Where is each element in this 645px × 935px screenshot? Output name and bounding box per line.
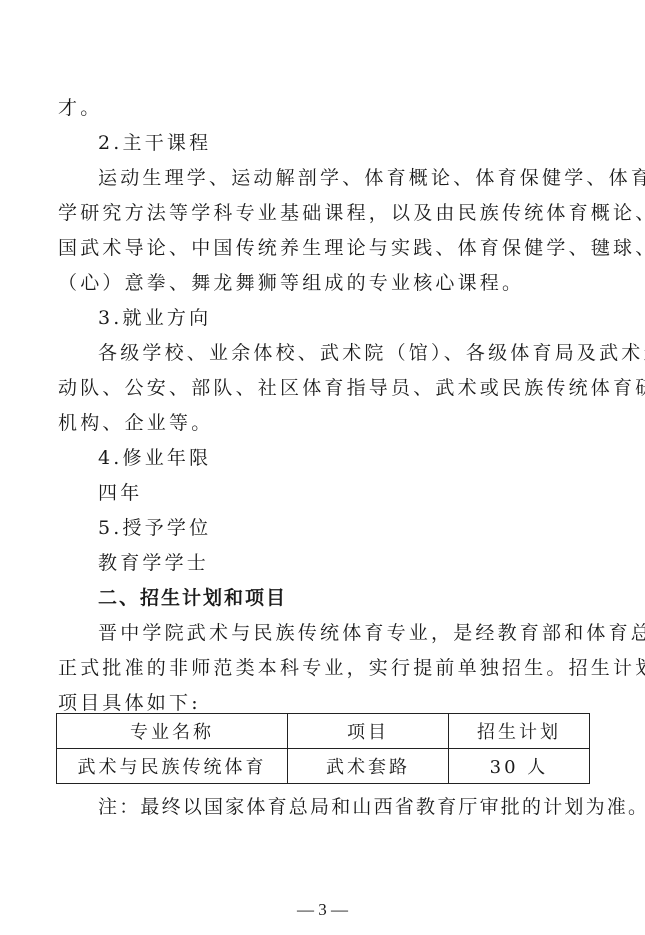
section-heading-degree: 5.授予学位 (98, 516, 211, 540)
table-cell: 武术与民族传统体育 (57, 749, 288, 784)
table-cell: 30 人 (449, 749, 590, 784)
table-cell: 武术套路 (288, 749, 449, 784)
text-line: 动队、公安、部队、社区体育指导员、武术或民族传统体育研究 (58, 376, 645, 400)
section-heading-enrollment: 二、招生计划和项目 (98, 586, 287, 610)
table-header-cell: 项目 (288, 714, 449, 749)
enrollment-table: 专业名称 项目 招生计划 武术与民族传统体育 武术套路 30 人 (56, 713, 590, 784)
table-header-cell: 专业名称 (57, 714, 288, 749)
text-line: 正式批准的非师范类本科专业，实行提前单独招生。招生计划和 (58, 656, 645, 680)
text-line: （心）意拳、舞龙舞狮等组成的专业核心课程。 (58, 271, 524, 295)
page-number: — 3 — (0, 900, 645, 920)
section-heading-duration: 4.修业年限 (98, 446, 211, 470)
text-line: 晋中学院武术与民族传统体育专业，是经教育部和体育总局 (98, 621, 645, 645)
text-line: 运动生理学、运动解剖学、体育概论、体育保健学、体育科 (98, 166, 645, 190)
table-header-row: 专业名称 项目 招生计划 (57, 714, 590, 749)
text-line: 项目具体如下: (58, 691, 201, 715)
text-line: 国武术导论、中国传统养生理论与实践、体育保健学、毽球、形 (58, 236, 645, 260)
section-heading-employment: 3.就业方向 (98, 306, 211, 330)
text-line: 机构、企业等。 (58, 411, 213, 435)
text-line: 四年 (98, 481, 142, 505)
text-line: 教育学学士 (98, 551, 209, 575)
section-heading-courses: 2.主干课程 (98, 131, 211, 155)
text-line: 才。 (58, 96, 102, 120)
table-row: 武术与民族传统体育 武术套路 30 人 (57, 749, 590, 784)
text-line: 各级学校、业余体校、武术院（馆）、各级体育局及武术运 (98, 341, 645, 365)
table-header-cell: 招生计划 (449, 714, 590, 749)
text-line: 学研究方法等学科专业基础课程，以及由民族传统体育概论、中 (58, 201, 645, 225)
table-note: 注：最终以国家体育总局和山西省教育厅审批的计划为准。 (98, 795, 645, 819)
